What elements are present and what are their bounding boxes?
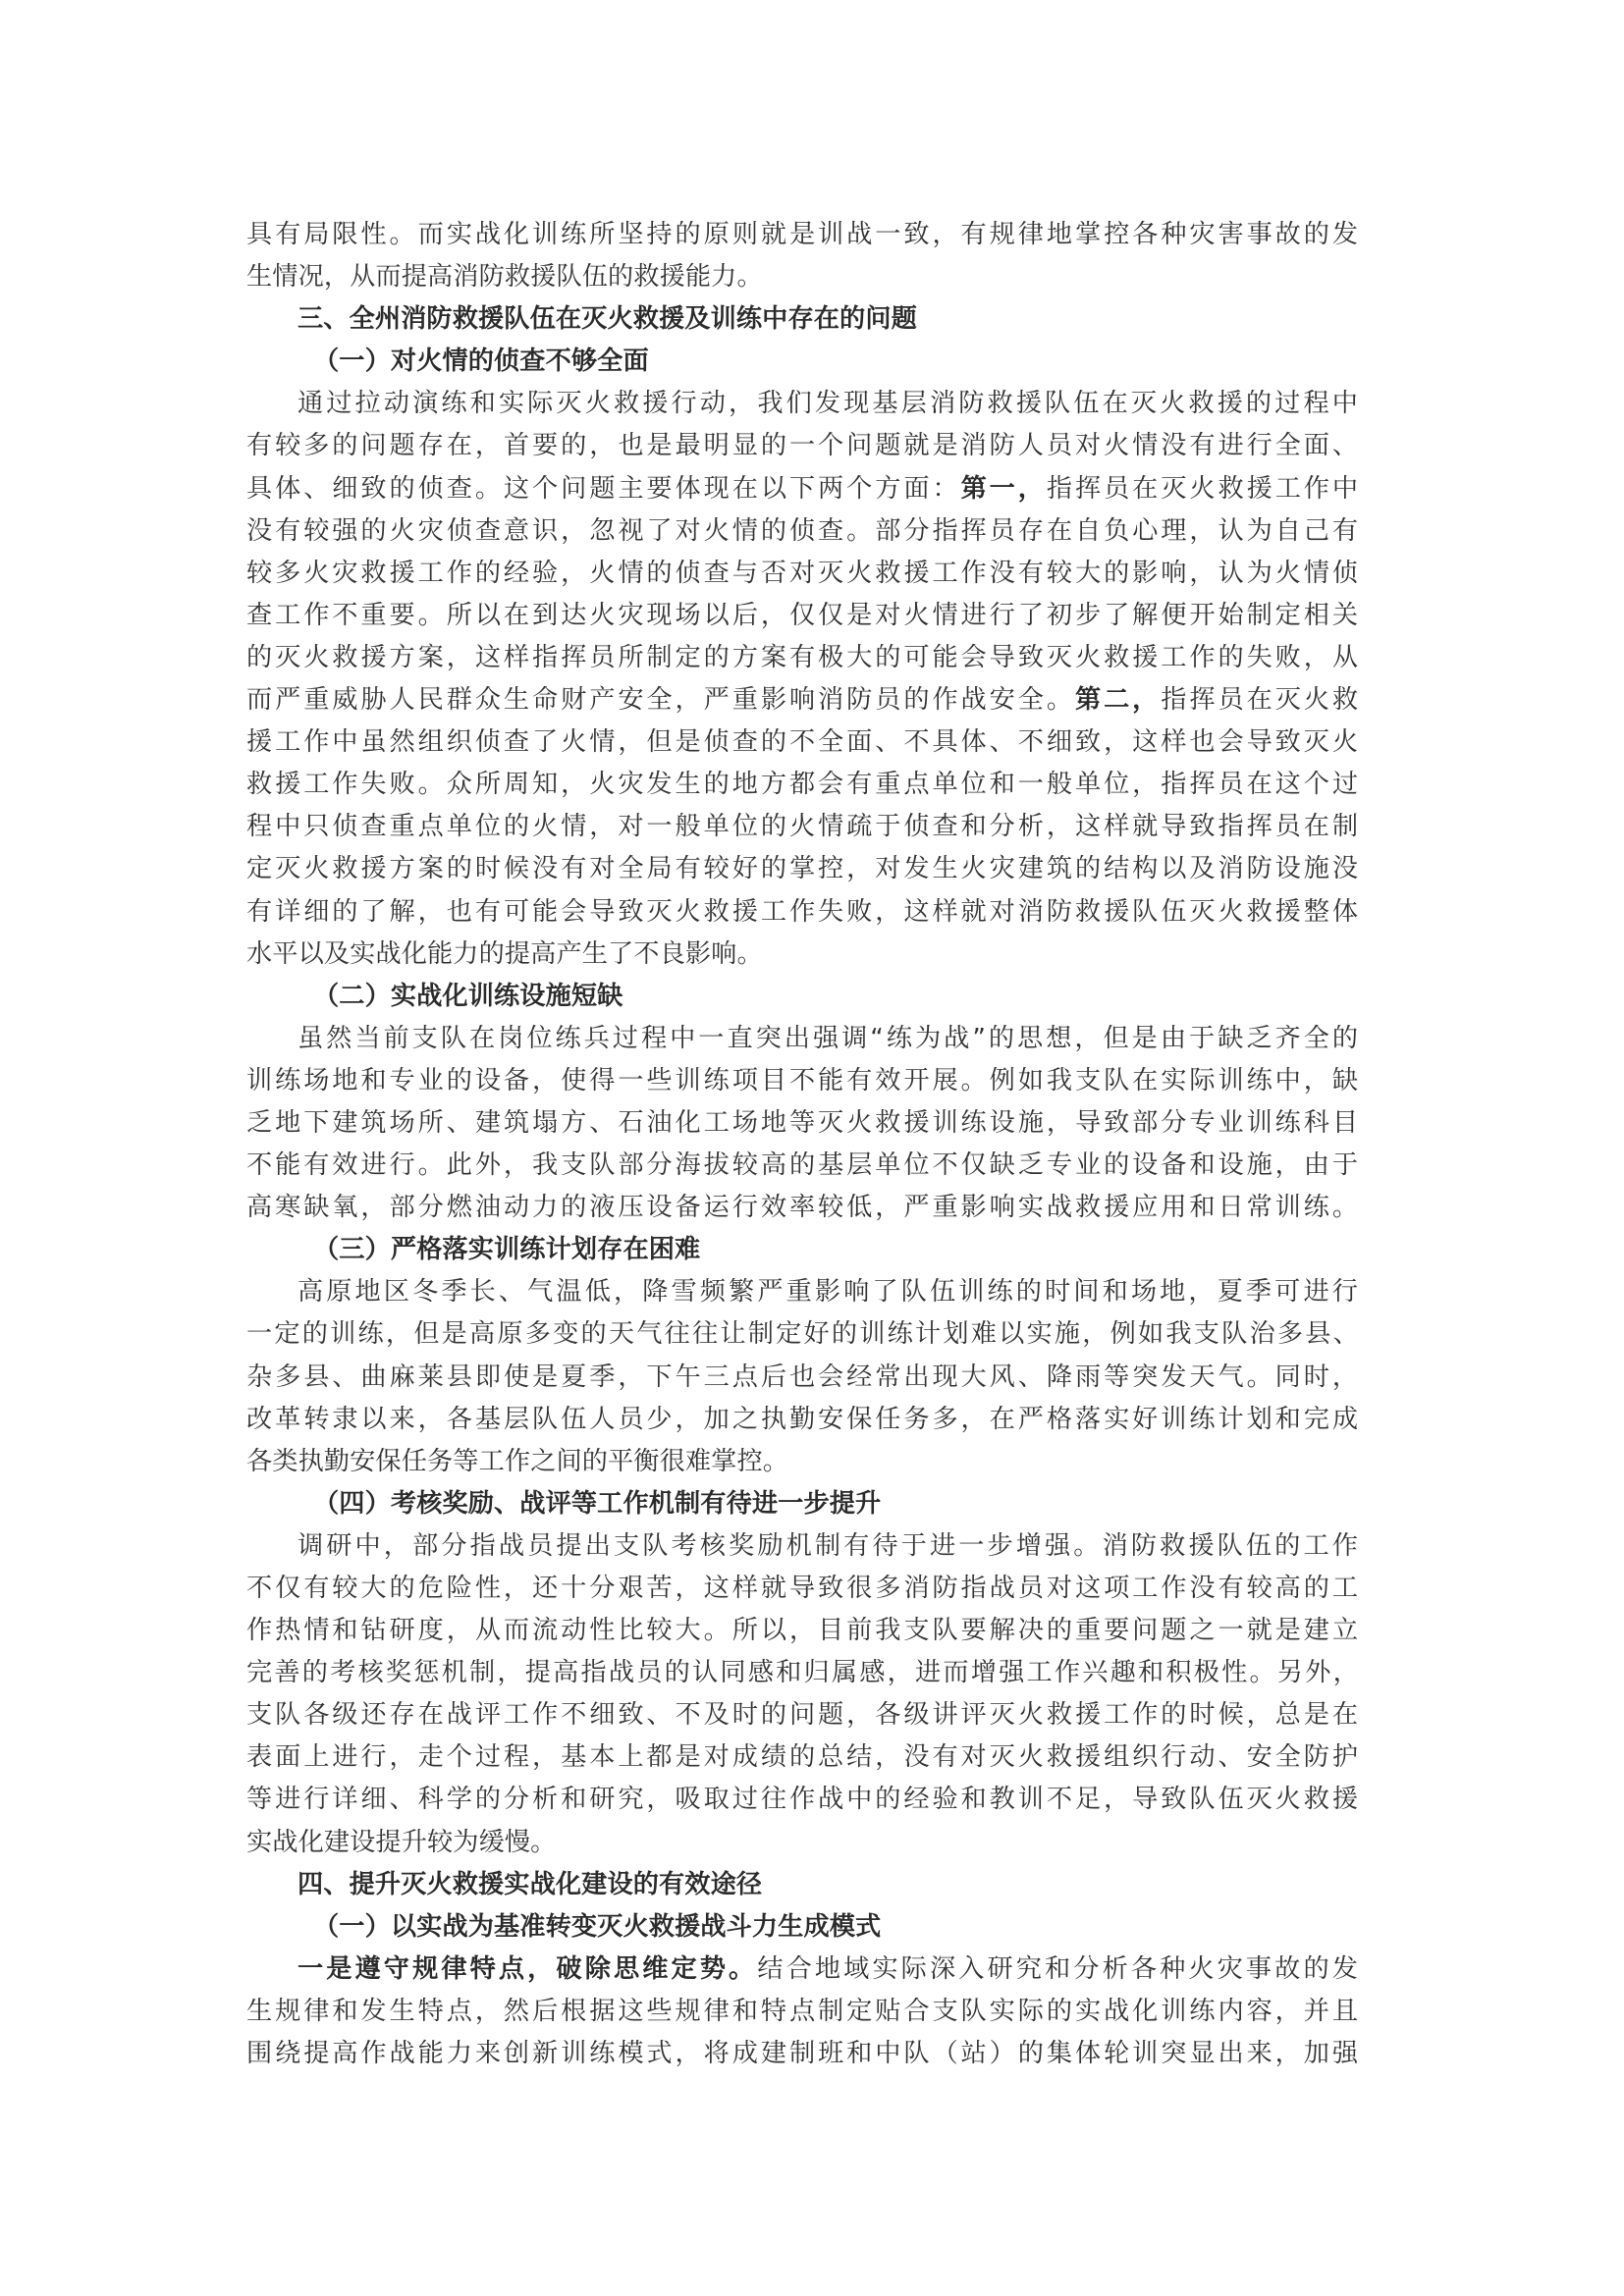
- bold-text-run: （一）对火情的侦查不够全面: [313, 347, 649, 376]
- text-run: 支队各级还存在战评工作不细致、不及时的问题，各级讲评灭火救援工作的时候，总是在: [246, 1700, 1361, 1730]
- body-line: 作热情和钻研度，从而流动性比较大。所以，目前我支队要解决的重要问题之一就是建立: [246, 1610, 1366, 1652]
- text-run: 水平以及实战化能力的提高产生了不良影响。: [246, 939, 763, 969]
- body-line: 有详细的了解，也有可能会导致灭火救援工作失败，这样就对消防救援队伍灭火救援整体: [246, 891, 1366, 934]
- text-run: 生规律和发生特点，然后根据这些规律和特点制定贴合支队实际的实战化训练内容，并且: [246, 1997, 1361, 2026]
- text-run: 指挥员在灭火救援工作中: [1047, 474, 1361, 504]
- text-run: 没有较强的火灾侦查意识，忽视了对火情的侦查。部分指挥员存在自负心理，认为自己有: [246, 516, 1361, 546]
- body-line: 表面上进行，走个过程，基本上都是对成绩的总结，没有对灭火救援组织行动、安全防护: [246, 1736, 1366, 1779]
- bold-text-run: （一）以实战为基准转变灭火救援战斗力生成模式: [313, 1912, 881, 1942]
- paragraph-first-line: 调研中，部分指战员提出支队考核奖励机制有待于进一步增强。消防救援队伍的工作: [246, 1525, 1366, 1568]
- subsection-heading: （一）以实战为基准转变灭火救援战斗力生成模式: [246, 1906, 1366, 1949]
- text-run: 实战化建设提升较为缓慢。: [246, 1828, 556, 1857]
- text-run: 训练场地和专业的设备，使得一些训练项目不能有效开展。例如我支队在实际训练中，缺: [246, 1066, 1361, 1095]
- text-run: 援工作中虽然组织侦查了火情，但是侦查的不全面、不具体、不细致，这样也会导致灭火: [246, 727, 1361, 757]
- paragraph-last-line: 生情况，从而提高消防救援队伍的救援能力。: [246, 256, 1366, 298]
- text-run: 程中只侦查重点单位的火情，对一般单位的火情疏于侦查和分析，这样就导致指挥员在制: [246, 812, 1361, 841]
- text-run: 各类执勤安保任务等工作之间的平衡很难掌控。: [246, 1447, 788, 1476]
- text-run: 作热情和钻研度，从而流动性比较大。所以，目前我支队要解决的重要问题之一就是建立: [246, 1616, 1361, 1645]
- text-run: 高寒缺氧，部分燃油动力的液压设备运行效率较低，严重影响实战救援应用和日常训练。: [246, 1193, 1361, 1222]
- bold-text-run: （四）考核奖励、战评等工作机制有待进一步提升: [313, 1489, 881, 1519]
- paragraph-last-line: 各类执勤安保任务等工作之间的平衡很难掌控。: [246, 1441, 1366, 1483]
- body-line: 完善的考核奖惩机制，提高指战员的认同感和归属感，进而增强工作兴趣和积极性。另外，: [246, 1652, 1366, 1694]
- body-line: 没有较强的火灾侦查意识，忽视了对火情的侦查。部分指挥员存在自负心理，认为自己有: [246, 510, 1366, 553]
- text-run: 虽然当前支队在岗位练兵过程中一直突出强调“练为战”的思想，但是由于缺乏齐全的: [298, 1024, 1361, 1053]
- bold-text-run: （三）严格落实训练计划存在困难: [313, 1235, 700, 1264]
- paragraph-first-line: 虽然当前支队在岗位练兵过程中一直突出强调“练为战”的思想，但是由于缺乏齐全的: [246, 1018, 1366, 1060]
- text-run: 围绕提高作战能力来创新训练模式，将成建制班和中队（站）的集体轮训突显出来，加强: [246, 2039, 1361, 2068]
- paragraph-last-line: 实战化建设提升较为缓慢。: [246, 1822, 1366, 1864]
- subsection-heading: （二）实战化训练设施短缺: [246, 976, 1366, 1018]
- text-run: 通过拉动演练和实际灭火救援行动，我们发现基层消防救援队伍在灭火救援的过程中: [298, 389, 1361, 418]
- text-run: 有较多的问题存在，首要的，也是最明显的一个问题就是消防人员对火情没有进行全面、: [246, 431, 1361, 460]
- bold-text-run: 一是遵守规律特点，破除思维定势。: [298, 1954, 757, 1984]
- body-line: 有较多的问题存在，首要的，也是最明显的一个问题就是消防人员对火情没有进行全面、: [246, 425, 1366, 467]
- text-run: 不能有效进行。此外，我支队部分海拔较高的基层单位不仅缺乏专业的设备和设施，由于: [246, 1150, 1361, 1180]
- body-line: 援工作中虽然组织侦查了火情，但是侦查的不全面、不具体、不细致，这样也会导致灭火: [246, 721, 1366, 764]
- body-line: 程中只侦查重点单位的火情，对一般单位的火情疏于侦查和分析，这样就导致指挥员在制: [246, 806, 1366, 848]
- body-line: 支队各级还存在战评工作不细致、不及时的问题，各级讲评灭火救援工作的时候，总是在: [246, 1694, 1366, 1736]
- body-line: 救援工作失败。众所周知，火灾发生的地方都会有重点单位和一般单位，指挥员在这个过: [246, 764, 1366, 806]
- section-heading: 三、全州消防救援队伍在灭火救援及训练中存在的问题: [246, 298, 1366, 341]
- section-heading: 四、提升灭火救援实战化建设的有效途径: [246, 1864, 1366, 1906]
- text-run: 生情况，从而提高消防救援队伍的救援能力。: [246, 262, 763, 292]
- body-line: 具体、细致的侦查。这个问题主要体现在以下两个方面：第一，指挥员在灭火救援工作中: [246, 468, 1366, 510]
- text-run: 不仅有较大的危险性，还十分艰苦，这样就导致很多消防指战员对这项工作没有较高的工: [246, 1574, 1361, 1603]
- body-line: 杂多县、曲麻莱县即使是夏季，下午三点后也会经常出现大风、降雨等突发天气。同时，: [246, 1357, 1366, 1399]
- bold-text-run: 第二，: [1075, 685, 1161, 715]
- text-run: 较多火灾救援工作的经验，火情的侦查与否对灭火救援工作没有较大的影响，认为火情侦: [246, 559, 1361, 588]
- body-line: 生规律和发生特点，然后根据这些规律和特点制定贴合支队实际的实战化训练内容，并且: [246, 1991, 1366, 2033]
- text-run: 等进行详细、科学的分析和研究，吸取过往作战中的经验和教训不足，导致队伍灭火救援: [246, 1785, 1361, 1814]
- bold-text-run: 四、提升灭火救援实战化建设的有效途径: [298, 1870, 762, 1899]
- text-run: 查工作不重要。所以在到达火灾现场以后，仅仅是对火情进行了初步了解便开始制定相关: [246, 601, 1361, 630]
- body-line: 不能有效进行。此外，我支队部分海拔较高的基层单位不仅缺乏专业的设备和设施，由于: [246, 1145, 1366, 1187]
- body-line: 乏地下建筑场所、建筑塌方、石油化工场地等灭火救援训练设施，导致部分专业训练科目: [246, 1102, 1366, 1145]
- body-line: 等进行详细、科学的分析和研究，吸取过往作战中的经验和教训不足，导致队伍灭火救援: [246, 1779, 1366, 1821]
- paragraph-first-line: 通过拉动演练和实际灭火救援行动，我们发现基层消防救援队伍在灭火救援的过程中: [246, 383, 1366, 425]
- bold-text-run: （二）实战化训练设施短缺: [313, 982, 623, 1011]
- body-line: 围绕提高作战能力来创新训练模式，将成建制班和中队（站）的集体轮训突显出来，加强: [246, 2033, 1366, 2075]
- text-run: 一定的训练，但是高原多变的天气往往让制定好的训练计划难以实施，例如我支队治多县、: [246, 1319, 1361, 1349]
- text-run: 表面上进行，走个过程，基本上都是对成绩的总结，没有对灭火救援组织行动、安全防护: [246, 1742, 1361, 1772]
- text-run: 高原地区冬季长、气温低，降雪频繁严重影响了队伍训练的时间和场地，夏季可进行: [298, 1277, 1361, 1307]
- text-run: 完善的考核奖惩机制，提高指战员的认同感和归属感，进而增强工作兴趣和积极性。另外，: [246, 1658, 1361, 1687]
- subsection-heading: （四）考核奖励、战评等工作机制有待进一步提升: [246, 1483, 1366, 1525]
- body-line: 具有局限性。而实战化训练所坚持的原则就是训战一致，有规律地掌控各种灾害事故的发: [246, 214, 1366, 256]
- paragraph-first-line: 一是遵守规律特点，破除思维定势。结合地域实际深入研究和分析各种火灾事故的发: [246, 1949, 1366, 1991]
- body-line: 较多火灾救援工作的经验，火情的侦查与否对灭火救援工作没有较大的影响，认为火情侦: [246, 553, 1366, 595]
- subsection-heading: （一）对火情的侦查不够全面: [246, 341, 1366, 383]
- body-line: 而严重威胁人民群众生命财产安全，严重影响消防员的作战安全。第二，指挥员在灭火救: [246, 679, 1366, 721]
- paragraph-first-line: 高原地区冬季长、气温低，降雪频繁严重影响了队伍训练的时间和场地，夏季可进行: [246, 1271, 1366, 1313]
- subsection-heading: （三）严格落实训练计划存在困难: [246, 1229, 1366, 1271]
- document-page: 具有局限性。而实战化训练所坚持的原则就是训战一致，有规律地掌控各种灾害事故的发生…: [246, 214, 1366, 2075]
- text-run: 有详细的了解，也有可能会导致灭火救援工作失败，这样就对消防救援队伍灭火救援整体: [246, 897, 1361, 927]
- text-run: 具体、细致的侦查。这个问题主要体现在以下两个方面：: [246, 474, 961, 504]
- text-run: 具有局限性。而实战化训练所坚持的原则就是训战一致，有规律地掌控各种灾害事故的发: [246, 220, 1361, 249]
- text-run: 乏地下建筑场所、建筑塌方、石油化工场地等灭火救援训练设施，导致部分专业训练科目: [246, 1108, 1361, 1138]
- body-line: 改革转隶以来，各基层队伍人员少，加之执勤安保任务多，在严格落实好训练计划和完成: [246, 1399, 1366, 1441]
- paragraph-last-line: 水平以及实战化能力的提高产生了不良影响。: [246, 934, 1366, 976]
- bold-text-run: 三、全州消防救援队伍在灭火救援及训练中存在的问题: [298, 304, 917, 334]
- body-line: 的灭火救援方案，这样指挥员所制定的方案有极大的可能会导致灭火救援工作的失败，从: [246, 637, 1366, 679]
- body-line: 不仅有较大的危险性，还十分艰苦，这样就导致很多消防指战员对这项工作没有较高的工: [246, 1568, 1366, 1610]
- text-run: 的灭火救援方案，这样指挥员所制定的方案有极大的可能会导致灭火救援工作的失败，从: [246, 643, 1361, 672]
- body-line: 一定的训练，但是高原多变的天气往往让制定好的训练计划难以实施，例如我支队治多县、: [246, 1313, 1366, 1356]
- text-run: 指挥员在灭火救: [1161, 685, 1361, 715]
- body-line: 训练场地和专业的设备，使得一些训练项目不能有效开展。例如我支队在实际训练中，缺: [246, 1060, 1366, 1102]
- text-run: 杂多县、曲麻莱县即使是夏季，下午三点后也会经常出现大风、降雨等突发天气。同时，: [246, 1362, 1361, 1392]
- body-line: 定灭火救援方案的时候没有对全局有较好的掌控，对发生火灾建筑的结构以及消防设施没: [246, 848, 1366, 890]
- body-line: 查工作不重要。所以在到达火灾现场以后，仅仅是对火情进行了初步了解便开始制定相关: [246, 595, 1366, 637]
- bold-text-run: 第一，: [961, 474, 1047, 504]
- text-run: 而严重威胁人民群众生命财产安全，严重影响消防员的作战安全。: [246, 685, 1075, 715]
- text-run: 结合地域实际深入研究和分析各种火灾事故的发: [757, 1954, 1361, 1984]
- text-run: 定灭火救援方案的时候没有对全局有较好的掌控，对发生火灾建筑的结构以及消防设施没: [246, 854, 1361, 883]
- text-run: 救援工作失败。众所周知，火灾发生的地方都会有重点单位和一般单位，指挥员在这个过: [246, 770, 1361, 799]
- body-line: 高寒缺氧，部分燃油动力的液压设备运行效率较低，严重影响实战救援应用和日常训练。: [246, 1187, 1366, 1229]
- text-run: 调研中，部分指战员提出支队考核奖励机制有待于进一步增强。消防救援队伍的工作: [298, 1531, 1361, 1561]
- text-run: 改革转隶以来，各基层队伍人员少，加之执勤安保任务多，在严格落实好训练计划和完成: [246, 1405, 1361, 1434]
